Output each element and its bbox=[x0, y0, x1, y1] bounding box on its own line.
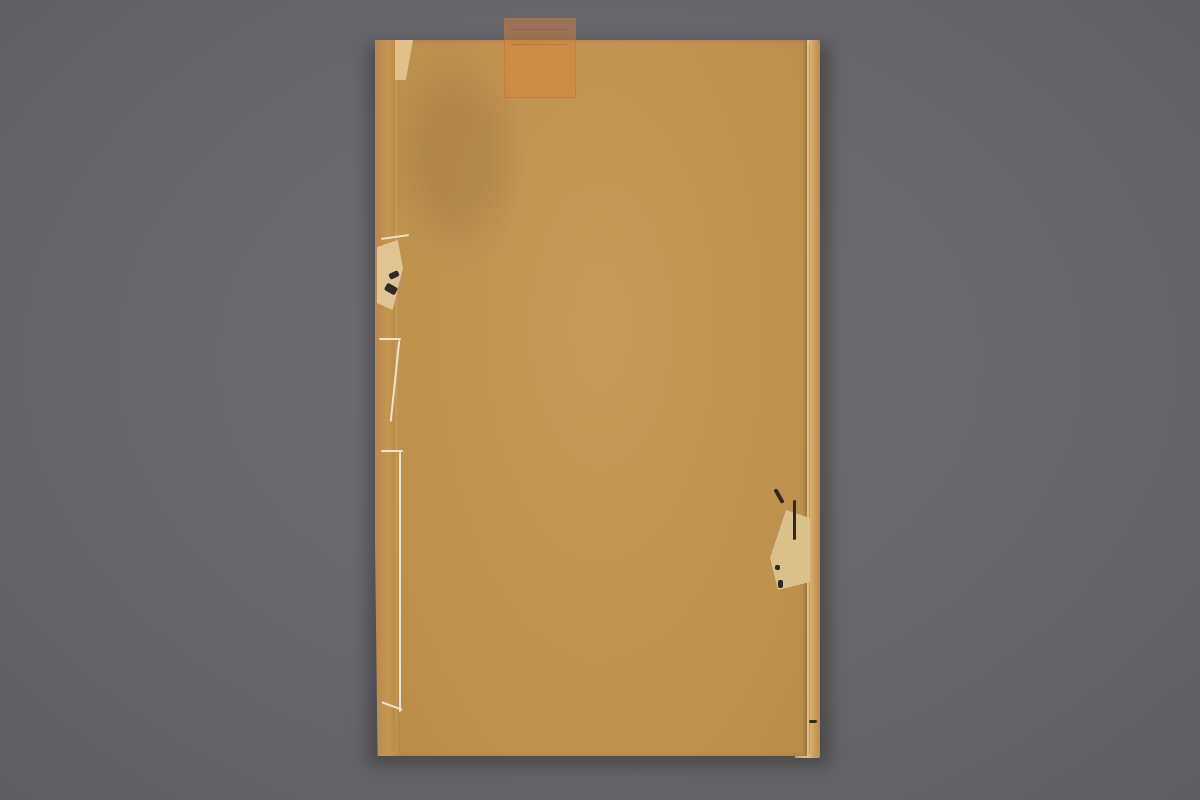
binding-thread bbox=[399, 452, 401, 712]
edge-ink-mark bbox=[793, 500, 796, 540]
worn-corner bbox=[395, 40, 413, 80]
label-faded-marking bbox=[511, 29, 567, 45]
edge-ink-mark bbox=[809, 720, 817, 723]
book-cover bbox=[395, 40, 807, 756]
cover-label bbox=[504, 18, 576, 98]
book bbox=[375, 40, 820, 760]
edge-ink-mark bbox=[778, 580, 783, 588]
edge-ink-mark bbox=[775, 565, 780, 570]
